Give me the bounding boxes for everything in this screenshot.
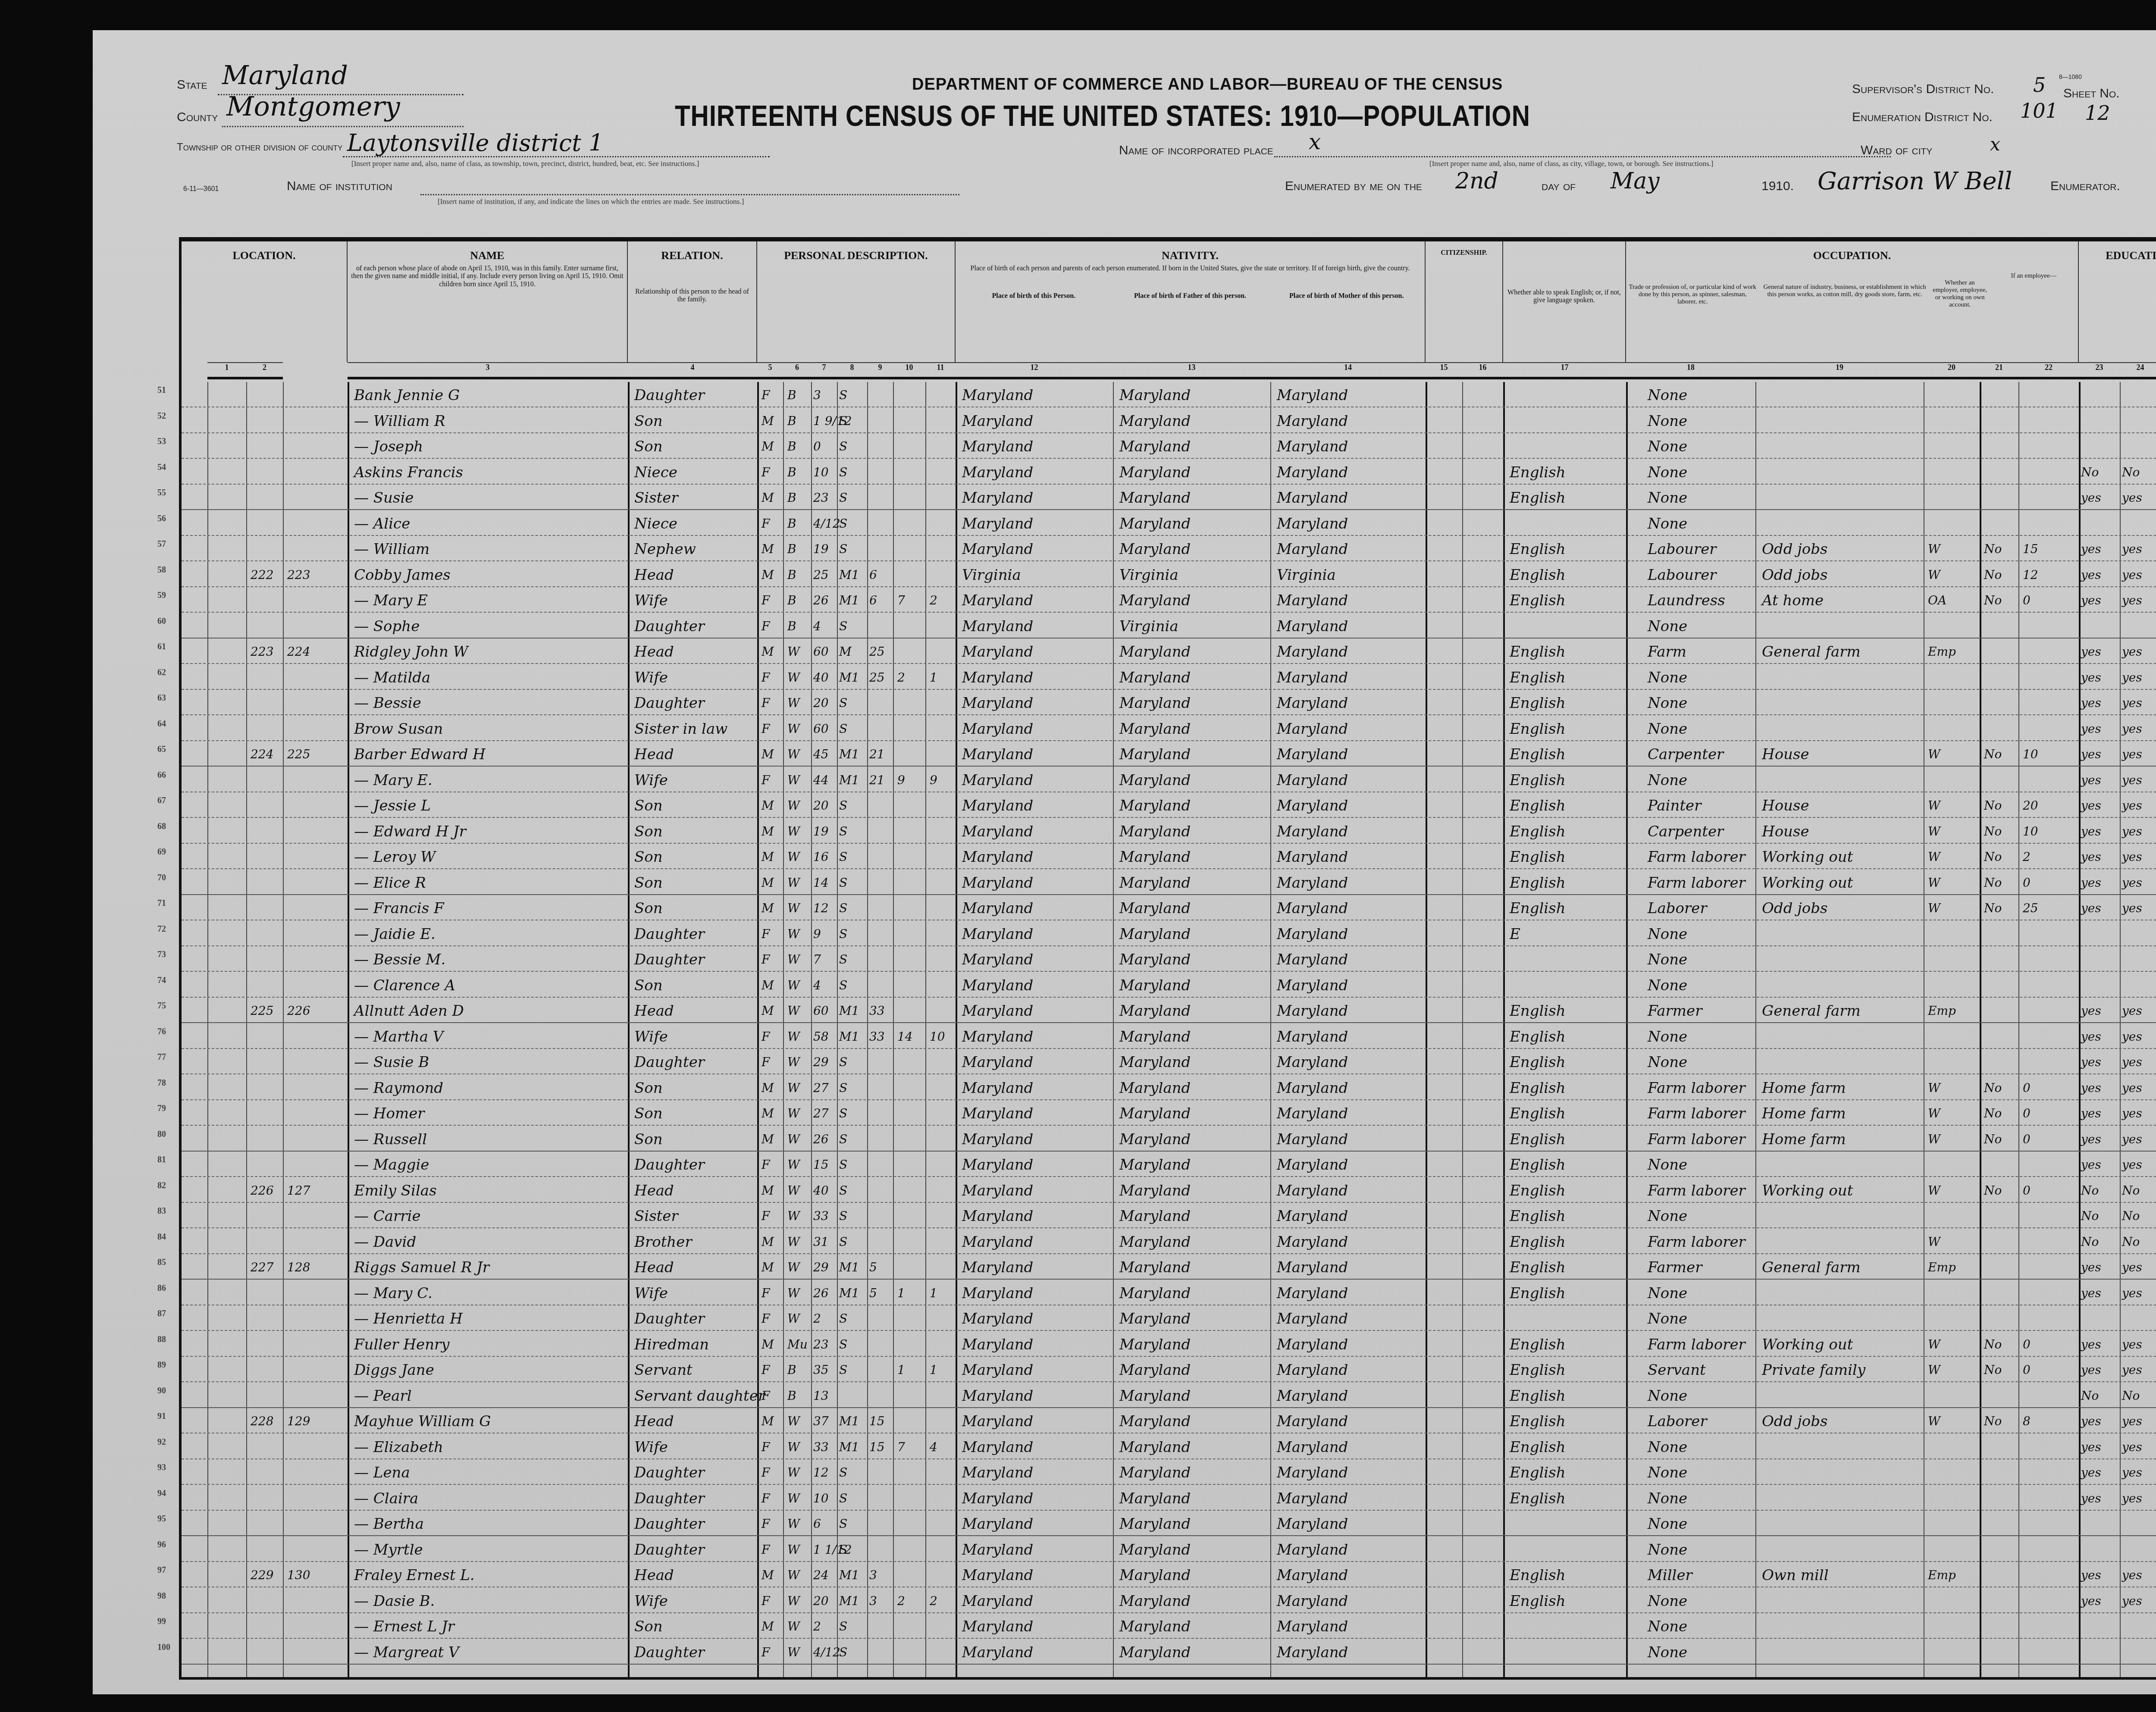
column-number: 12 xyxy=(956,362,1113,379)
employer-status: W xyxy=(1928,1102,1940,1125)
birthplace-mother: Maryland xyxy=(1277,717,1348,741)
sex: F xyxy=(761,1307,770,1330)
birthplace-father: Maryland xyxy=(1119,1358,1191,1382)
birthplace-father: Maryland xyxy=(1119,666,1191,689)
employer-status: W xyxy=(1928,1128,1940,1151)
column-number: 4 xyxy=(628,362,757,379)
can-write: yes xyxy=(2122,1461,2142,1484)
employer-header: Whether an employer, employee, or workin… xyxy=(1930,271,1989,309)
sex: F xyxy=(761,948,770,971)
family-number: 225 xyxy=(287,743,310,766)
years-married: 3 xyxy=(869,1564,877,1587)
line-number: 63 xyxy=(157,693,166,703)
institution-instructions: [Insert name of institution, if any, and… xyxy=(438,197,744,206)
column-number: 22 xyxy=(2018,362,2079,379)
sex: M xyxy=(761,794,774,817)
table-row: — Susie BDaughterFW29SMarylandMarylandMa… xyxy=(182,1049,2156,1074)
dwelling-number: 224 xyxy=(251,743,273,766)
age: 33 xyxy=(813,1205,829,1228)
person-name: — Henrietta H xyxy=(354,1307,463,1330)
age: 3 xyxy=(813,384,821,407)
table-row: — Mary EWifeFB26M1672MarylandMarylandMar… xyxy=(182,587,2156,613)
birthplace-father: Maryland xyxy=(1119,794,1191,817)
sex: M xyxy=(761,1410,774,1433)
weeks-out: 20 xyxy=(2023,794,2038,817)
can-write: yes xyxy=(2122,1102,2142,1125)
birthplace-mother: Maryland xyxy=(1277,1102,1348,1125)
industry: Working out xyxy=(1762,1333,1853,1356)
column-number: 7 xyxy=(811,362,837,379)
state-value: Maryland xyxy=(222,60,348,91)
birthplace-person: Maryland xyxy=(962,845,1033,869)
relation: Son xyxy=(634,1128,663,1151)
race: W xyxy=(787,1256,800,1279)
can-read: yes xyxy=(2081,897,2101,920)
race: W xyxy=(787,692,800,715)
age: 26 xyxy=(813,1282,829,1305)
table-row: 226127Emily SilasHeadMW40SMarylandMaryla… xyxy=(182,1177,2156,1203)
birthplace-father: Maryland xyxy=(1119,1538,1191,1562)
sex: M xyxy=(761,1615,774,1638)
birthplace-father: Maryland xyxy=(1119,1512,1191,1536)
relation: Head xyxy=(634,1179,674,1202)
table-row: Diggs JaneServantFB35S11MarylandMaryland… xyxy=(182,1357,2156,1382)
birthplace-mother: Maryland xyxy=(1277,1025,1348,1048)
race: Mu xyxy=(787,1333,808,1356)
industry: Home farm xyxy=(1762,1077,1846,1100)
can-read: yes xyxy=(2081,1077,2101,1100)
relation: Wife xyxy=(634,1282,668,1305)
employer-status: OA xyxy=(1928,589,1946,612)
marital-status: S xyxy=(839,692,847,715)
language: English xyxy=(1510,1282,1566,1305)
industry-header: General nature of industry, business, or… xyxy=(1759,271,1930,309)
birthplace-person: Maryland xyxy=(962,1307,1033,1330)
birthplace-father: Maryland xyxy=(1119,1615,1191,1638)
birthplace-father: Maryland xyxy=(1119,1077,1191,1100)
birthplace-mother: Maryland xyxy=(1277,923,1348,946)
person-name: — Bessie M. xyxy=(354,948,445,971)
table-row: — CarrieSisterFW33SMarylandMarylandMaryl… xyxy=(182,1203,2156,1228)
trade: None xyxy=(1648,1512,1687,1536)
sex: M xyxy=(761,845,774,869)
location-header: LOCATION. xyxy=(182,241,348,362)
birthplace-father: Maryland xyxy=(1119,1205,1191,1228)
marital-status: S xyxy=(839,923,847,946)
personal-description-header: PERSONAL DESCRIPTION. xyxy=(757,241,956,362)
sex: M xyxy=(761,435,774,458)
trade: Labourer xyxy=(1648,538,1717,561)
relation: Daughter xyxy=(634,1307,705,1330)
language: English xyxy=(1510,1384,1566,1408)
can-read: yes xyxy=(2081,486,2101,510)
marital-status: S xyxy=(839,1102,847,1125)
age: 19 xyxy=(813,820,829,843)
race: W xyxy=(787,948,800,971)
person-name: — Pearl xyxy=(354,1384,412,1408)
years-married: 3 xyxy=(869,1590,877,1613)
birthplace-person: Maryland xyxy=(962,1615,1033,1638)
trade: None xyxy=(1648,1487,1687,1510)
can-write: yes xyxy=(2122,871,2142,895)
marital-status: S xyxy=(839,1051,847,1074)
person-name: — Jessie L xyxy=(354,794,431,817)
birth-mother-header: Place of birth of Mother of this person. xyxy=(1268,292,1425,300)
table-row: — SusieSisterMB23SMarylandMarylandMaryla… xyxy=(182,485,2156,510)
years-married: 5 xyxy=(869,1256,877,1279)
marital-status: M1 xyxy=(839,563,859,587)
industry: Odd jobs xyxy=(1762,563,1827,587)
birthplace-father: Maryland xyxy=(1119,1153,1191,1177)
industry: Working out xyxy=(1762,871,1853,895)
ward-label: Ward of city xyxy=(1861,143,1932,158)
birthplace-father: Maryland xyxy=(1119,1128,1191,1151)
employer-status: W xyxy=(1928,1230,1940,1254)
column-number: 23 xyxy=(2079,362,2120,379)
race: B xyxy=(787,615,796,638)
dwelling-number: 229 xyxy=(251,1564,273,1587)
sex: F xyxy=(761,692,770,715)
birthplace-person: Maryland xyxy=(962,820,1033,843)
birthplace-person: Maryland xyxy=(962,948,1033,971)
can-read: yes xyxy=(2081,1282,2101,1305)
birthplace-father: Maryland xyxy=(1119,1179,1191,1202)
sex: M xyxy=(761,1230,774,1254)
can-read: yes xyxy=(2081,820,2101,843)
relation: Sister xyxy=(634,1205,678,1228)
can-read: yes xyxy=(2081,1461,2101,1484)
race: W xyxy=(787,1590,800,1613)
birthplace-mother: Maryland xyxy=(1277,769,1348,792)
race: W xyxy=(787,897,800,920)
marital-status: S xyxy=(839,615,847,638)
industry: House xyxy=(1762,794,1809,817)
relation: Head xyxy=(634,563,674,587)
out-of-work: No xyxy=(1984,743,2002,766)
age: 23 xyxy=(813,486,829,510)
relation: Brother xyxy=(634,1230,692,1254)
marital-status: S xyxy=(839,1461,847,1484)
relation: Son xyxy=(634,794,663,817)
language: English xyxy=(1510,769,1566,792)
trade: None xyxy=(1648,1282,1687,1305)
race: W xyxy=(787,1307,800,1330)
race: W xyxy=(787,743,800,766)
employer-status: W xyxy=(1928,794,1940,817)
person-name: — Elice R xyxy=(354,871,426,895)
birthplace-father: Maryland xyxy=(1119,1487,1191,1510)
can-read: yes xyxy=(2081,640,2101,664)
trade: Farm laborer xyxy=(1648,871,1745,895)
trade-header: Trade or profession of, or particular ki… xyxy=(1626,271,1759,309)
birthplace-mother: Maryland xyxy=(1277,1512,1348,1536)
person-name: — Martha V xyxy=(354,1025,443,1048)
table-row: — ElizabethWifeFW33M11574MarylandMarylan… xyxy=(182,1434,2156,1459)
line-number: 99 xyxy=(157,1617,166,1627)
race: B xyxy=(787,486,796,510)
line-number: 72 xyxy=(157,924,166,934)
marital-status: S xyxy=(839,512,847,535)
race: W xyxy=(787,871,800,895)
language: English xyxy=(1510,820,1566,843)
person-name: — Claira xyxy=(354,1487,418,1510)
birthplace-person: Maryland xyxy=(962,1128,1033,1151)
children-born: 7 xyxy=(897,589,905,612)
birthplace-person: Maryland xyxy=(962,769,1033,792)
age: 25 xyxy=(813,563,829,587)
age: 44 xyxy=(813,769,829,792)
birthplace-father: Maryland xyxy=(1119,1282,1191,1305)
birthplace-mother: Maryland xyxy=(1277,1128,1348,1151)
line-number: 65 xyxy=(157,745,166,754)
industry: Own mill xyxy=(1762,1564,1829,1587)
race: W xyxy=(787,1230,800,1254)
race: W xyxy=(787,1025,800,1048)
birthplace-father: Maryland xyxy=(1119,384,1191,407)
out-of-work: No xyxy=(1984,1102,2002,1125)
employer-status: Emp xyxy=(1928,1256,1956,1279)
birthplace-mother: Maryland xyxy=(1277,1153,1348,1177)
sex: F xyxy=(761,1512,770,1536)
employer-status: W xyxy=(1928,1179,1940,1202)
column-number: 10 xyxy=(893,362,925,379)
line-number: 54 xyxy=(157,463,166,473)
relation: Son xyxy=(634,1077,663,1100)
years-married: 15 xyxy=(869,1410,885,1433)
birthplace-mother: Maryland xyxy=(1277,1230,1348,1254)
person-name: — Susie xyxy=(354,486,414,510)
line-number: 56 xyxy=(157,514,166,524)
person-name: — Alice xyxy=(354,512,410,535)
sex: F xyxy=(761,1358,770,1382)
sex: F xyxy=(761,1384,770,1408)
person-name: — Mary E. xyxy=(354,769,432,792)
line-number: 73 xyxy=(157,950,166,960)
race: W xyxy=(787,717,800,741)
sex: F xyxy=(761,1205,770,1228)
person-name: — Francis F xyxy=(354,897,444,920)
can-write: yes xyxy=(2122,563,2142,587)
race: W xyxy=(787,1179,800,1202)
marital-status: S xyxy=(839,1307,847,1330)
language: E xyxy=(1510,923,1520,946)
language: English xyxy=(1510,1333,1566,1356)
employer-status: Emp xyxy=(1928,1564,1956,1587)
person-name: — Lena xyxy=(354,1461,410,1484)
can-read: yes xyxy=(2081,1358,2101,1382)
race: W xyxy=(787,1077,800,1100)
weeks-out: 12 xyxy=(2023,563,2038,587)
language: English xyxy=(1510,640,1566,664)
birthplace-person: Maryland xyxy=(962,486,1033,510)
industry: House xyxy=(1762,820,1809,843)
trade: None xyxy=(1648,1205,1687,1228)
employer-status: W xyxy=(1928,1410,1940,1433)
race: B xyxy=(787,461,796,484)
incorporated-place-instructions: [Insert proper name and, also, name of c… xyxy=(1429,160,1713,168)
age: 4 xyxy=(813,615,821,638)
sex: F xyxy=(761,769,770,792)
language: English xyxy=(1510,692,1566,715)
age: 6 xyxy=(813,1512,821,1536)
relation: Head xyxy=(634,1410,674,1433)
enumerator-label: Enumerator. xyxy=(2050,179,2120,194)
relation: Wife xyxy=(634,589,668,612)
trade: Farm xyxy=(1648,640,1686,664)
can-read: yes xyxy=(2081,743,2101,766)
line-number: 84 xyxy=(157,1232,166,1242)
line-number: 67 xyxy=(157,796,166,806)
sex: M xyxy=(761,820,774,843)
age: 29 xyxy=(813,1256,829,1279)
sheet-label: Sheet No. xyxy=(2063,86,2120,101)
language: English xyxy=(1510,1102,1566,1125)
sheet-number: 12 xyxy=(2085,101,2110,125)
birthplace-father: Maryland xyxy=(1119,692,1191,715)
age: 2 xyxy=(813,1615,821,1638)
industry: Working out xyxy=(1762,1179,1853,1202)
birthplace-person: Maryland xyxy=(962,871,1033,895)
birthplace-person: Maryland xyxy=(962,1153,1033,1177)
race: W xyxy=(787,1641,800,1664)
name-header: NAME of each person whose place of abode… xyxy=(348,241,628,362)
occupation-header: OCCUPATION. Trade or profession of, or p… xyxy=(1626,241,2079,362)
relation: Nephew xyxy=(634,538,696,561)
race: W xyxy=(787,820,800,843)
birthplace-father: Maryland xyxy=(1119,820,1191,843)
line-number: 85 xyxy=(157,1258,166,1268)
out-of-work: No xyxy=(1984,820,2002,843)
can-read: yes xyxy=(2081,589,2101,612)
birthplace-person: Maryland xyxy=(962,1230,1033,1254)
marital-status: M xyxy=(839,640,852,664)
relation: Sister xyxy=(634,486,678,510)
employee-group-header: If an employee— xyxy=(1991,272,2076,280)
birthplace-mother: Maryland xyxy=(1277,999,1348,1023)
county-label: County xyxy=(177,110,218,125)
children-living: 9 xyxy=(930,769,937,792)
line-number: 76 xyxy=(157,1027,166,1037)
birthplace-mother: Maryland xyxy=(1277,538,1348,561)
person-name: Bank Jennie G xyxy=(354,384,460,407)
can-read: yes xyxy=(2081,1128,2101,1151)
employer-status: W xyxy=(1928,871,1940,895)
language: English xyxy=(1510,563,1566,587)
line-number: 80 xyxy=(157,1130,166,1139)
trade: None xyxy=(1648,461,1687,484)
trade: Farmer xyxy=(1648,999,1702,1023)
marital-status: M1 xyxy=(839,1282,859,1305)
can-read: yes xyxy=(2081,563,2101,587)
relation: Son xyxy=(634,435,663,458)
trade: Farmer xyxy=(1648,1256,1702,1279)
age: 12 xyxy=(813,1461,829,1484)
race: W xyxy=(787,1461,800,1484)
enumerated-month: May xyxy=(1611,168,1660,194)
birthplace-father: Maryland xyxy=(1119,897,1191,920)
birthplace-mother: Maryland xyxy=(1277,871,1348,895)
birthplace-father: Maryland xyxy=(1119,948,1191,971)
birthplace-mother: Maryland xyxy=(1277,1590,1348,1613)
line-number: 77 xyxy=(157,1052,166,1062)
birthplace-person: Maryland xyxy=(962,410,1033,433)
children-living: 1 xyxy=(930,666,937,689)
line-number: 55 xyxy=(157,488,166,498)
sex: M xyxy=(761,1564,774,1587)
language: English xyxy=(1510,743,1566,766)
language: English xyxy=(1510,794,1566,817)
birthplace-father: Maryland xyxy=(1119,410,1191,433)
can-write: yes xyxy=(2122,1282,2142,1305)
age: 60 xyxy=(813,717,829,741)
can-read: yes xyxy=(2081,538,2101,561)
birthplace-person: Maryland xyxy=(962,1590,1033,1613)
table-row: — BerthaDaughterFW6SMarylandMarylandMary… xyxy=(182,1511,2156,1536)
birthplace-mother: Maryland xyxy=(1277,666,1348,689)
line-number: 89 xyxy=(157,1360,166,1370)
birthplace-father: Maryland xyxy=(1119,1307,1191,1330)
birthplace-person: Maryland xyxy=(962,1538,1033,1562)
trade: None xyxy=(1648,1051,1687,1074)
can-read: yes xyxy=(2081,999,2101,1023)
marital-status: M1 xyxy=(839,666,859,689)
person-name: — Homer xyxy=(354,1102,425,1125)
can-write: yes xyxy=(2122,692,2142,715)
birthplace-person: Maryland xyxy=(962,589,1033,612)
birthplace-mother: Maryland xyxy=(1277,1205,1348,1228)
sex: F xyxy=(761,384,770,407)
birthplace-father: Maryland xyxy=(1119,974,1191,997)
birthplace-person: Maryland xyxy=(962,384,1033,407)
table-row: — JosephSonMB0SMarylandMarylandMarylandN… xyxy=(182,433,2156,459)
can-write: No xyxy=(2122,1384,2140,1408)
weeks-out: 0 xyxy=(2023,1077,2031,1100)
line-number: 81 xyxy=(157,1155,166,1165)
birthplace-person: Maryland xyxy=(962,743,1033,766)
relation: Wife xyxy=(634,1590,668,1613)
nativity-header: NATIVITY. Place of birth of each person … xyxy=(956,241,1426,362)
language: English xyxy=(1510,1051,1566,1074)
age: 26 xyxy=(813,1128,829,1151)
can-write: yes xyxy=(2122,1128,2142,1151)
industry: Odd jobs xyxy=(1762,897,1827,920)
person-name: — Joseph xyxy=(354,435,423,458)
can-write: No xyxy=(2122,461,2140,484)
person-name: Ridgley John W xyxy=(354,640,468,664)
age: 33 xyxy=(813,1436,829,1459)
can-read: yes xyxy=(2081,1410,2101,1433)
birthplace-person: Maryland xyxy=(962,1256,1033,1279)
sex: M xyxy=(761,538,774,561)
sex: F xyxy=(761,1641,770,1664)
age: 4/12 xyxy=(813,1641,840,1664)
trade: None xyxy=(1648,486,1687,510)
birthplace-mother: Maryland xyxy=(1277,1436,1348,1459)
birthplace-person: Maryland xyxy=(962,794,1033,817)
birthplace-person: Maryland xyxy=(962,538,1033,561)
weeks-out: 0 xyxy=(2023,1358,2031,1382)
relation: Son xyxy=(634,871,663,895)
can-read: yes xyxy=(2081,1487,2101,1510)
out-of-work: No xyxy=(1984,1179,2002,1202)
birthplace-person: Maryland xyxy=(962,1282,1033,1305)
relation: Daughter xyxy=(634,948,705,971)
weeks-out: 0 xyxy=(2023,589,2031,612)
race: W xyxy=(787,640,800,664)
age: 7 xyxy=(813,948,821,971)
birthplace-person: Maryland xyxy=(962,999,1033,1023)
line-number: 51 xyxy=(157,385,166,395)
